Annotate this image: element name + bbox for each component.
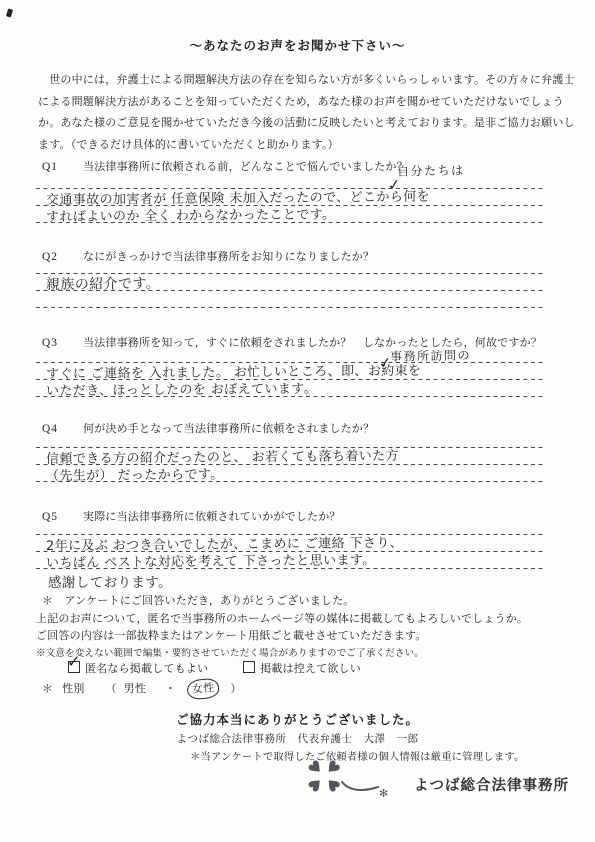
answer-row [36,291,544,307]
intro-line: 世の中には，弁護士による問題解決方法の存在を知らない方が多くいらっしゃいます。そ… [38,70,558,92]
question-5-label: Q5 [42,511,83,523]
footer-firm-representative: よつば総合法律事務所 代表弁護士 大澤 一郎 [0,731,595,746]
question-4-label: Q4 [42,423,83,435]
question-1-handwritten-annotation: 自分たちは [397,161,465,179]
footer-firm-name: よつば総合法律事務所 [414,774,569,795]
intro-line: による問題解決方法があることを知っていただくため，あなた様のお声を聞かせていただ… [38,92,558,114]
publish-consent-line-2: ご回答の内容は一部抜粋またはアンケート用紙ごと載せさせていただきます。 [36,627,426,643]
intro-line: ます。（できるだけ具体的に書いていただくと助かります。） [38,135,558,157]
question-4-answer-area: 信頼できる方の紹介だったのと、 お若くても落ち着いた方 （先生が） だったからで… [36,447,544,482]
gender-label: 性別 [62,683,84,695]
question-1-label: Q1 [42,161,83,173]
answer-row: すればよいのか 全く わからなかったことです。 [36,206,544,222]
footer-thanks: ご協力本当にありがとうございました。 [0,710,595,728]
checkbox-anonymous-ok[interactable]: ✓ [68,661,80,673]
gender-paren-open: （ [106,683,117,695]
clover-stem-icon [340,780,382,796]
answer-rule-line [36,307,544,308]
publish-consent-line-1: 上記のお声について，匿名で当事務所のホームページ等の媒体に掲載してもよろしいでし… [36,610,528,626]
question-2-text: なにがきっかけで当法律事務所をお知りになりましたか？ [83,248,374,264]
question-2-label: Q2 [42,251,83,263]
gender-separator: ・ [165,683,176,695]
question-4: Q4 何が決め手となって当法律事務所に依頼をされましたか？ [42,420,374,436]
consent-option-no-label: 掲載は控えて欲しい [260,663,361,675]
answer-row: 2年に及ぶ おつき合いでしたが、こまめに ご連絡 下さり、 [36,535,544,551]
handwritten-answer-overflow: 感謝しております。 [48,571,172,591]
question-2-answer-area: 親族の紹介です。 [36,273,544,308]
answer-row: 信頼できる方の紹介だったのと、 お若くても落ち着いた方 [36,448,544,464]
answer-row: いちばん ベストな対応を考えて 下さったと思います。 [36,552,544,568]
question-3-label: Q3 [42,337,83,349]
edit-note: ※文意を変えない範囲で編集・要約させていただく場合がありますのでご了承ください。 [36,645,424,659]
consent-options-row: ✓匿名なら掲載してもよい 掲載は控えて欲しい [68,660,361,676]
answer-row: 親族の紹介です。 [36,274,544,290]
question-1: Q1 当法律事務所に依頼される前，どんなことで悩んでいましたか？ [42,158,408,174]
sparkle-icon: ✻ [379,787,388,800]
checkbox-no-publish[interactable] [243,661,255,673]
consent-option-ok-label: 匿名なら掲載してもよい [85,663,208,675]
question-5: Q5 実際に当法律事務所に依頼されていかがでしたか？ [42,508,341,524]
survey-thanks-line: ＊ アンケートにご回答いただき，ありがとうございました。 [42,592,355,608]
question-5-answer-area: 2年に及ぶ おつき合いでしたが、こまめに ご連絡 下さり、 いちばん ベストな対… [36,534,544,569]
question-3-text: 当法律事務所を知って，すぐに依頼をされましたか？ しなかったとしたら，何故ですか… [83,334,542,350]
handwritten-answer: すればよいのか 全く わからなかったことです。 [46,203,336,225]
gender-option-male: 男性 [124,683,146,695]
question-5-text: 実際に当法律事務所に依頼されていかがでしたか？ [83,508,341,524]
question-1-answer-area: 交通事故の加害者が 任意保険 未加入だったので、どこから何を すればよいのか 全… [36,188,544,223]
gender-paren-close: ） [231,683,242,695]
scan-artifact-mark [6,8,13,17]
question-2: Q2 なにがきっかけで当法律事務所をお知りになりましたか？ [42,248,374,264]
answer-row: 交通事故の加害者が 任意保険 未加入だったので、どこから何を [36,189,544,205]
handwritten-answer: いただき、ほっとしたのを おぼえています。 [46,378,317,399]
answer-row: （先生が） だったからです。 [36,465,544,481]
gender-row: ＊ 性別 （ 男性 ・ 女性 ） [42,679,242,699]
scanned-survey-page: 〜あなたのお声をお聞かせ下さい〜 世の中には，弁護士による問題解決方法の存在を知… [0,0,595,842]
handwritten-answer: （先生が） だったからです。 [46,463,224,484]
question-4-text: 何が決め手となって当法律事務所に依頼をされましたか？ [83,420,374,436]
intro-paragraph: 世の中には，弁護士による問題解決方法の存在を知らない方が多くいらっしゃいます。そ… [38,70,558,156]
question-1-text: 当法律事務所に依頼される前，どんなことで悩んでいましたか？ [83,158,408,174]
footer-privacy-note: ＊当アンケートで取得したご依頼者様の個人情報は厳重に管理します。 [190,748,524,763]
gender-star: ＊ [42,683,53,695]
question-3-answer-area: すぐに ご連絡を 入れました。 お忙しいところ、即、お約束を いただき、ほっとし… [36,362,544,397]
intro-line: か。あなた様のご意見を聞かせていただき今後の活動に反映したいと考えております。是… [38,113,558,135]
page-title: 〜あなたのお声をお聞かせ下さい〜 [0,36,595,54]
answer-row: いただき、ほっとしたのを おぼえています。 [36,380,544,396]
handwritten-answer: いちばん ベストな対応を考えて 下さったと思います。 [46,549,376,571]
gender-option-female-circled: 女性 [186,678,220,701]
answer-row: すぐに ご連絡を 入れました。 お忙しいところ、即、お約束を [36,363,544,379]
handwritten-check-mark-icon: ✓ [67,652,81,671]
